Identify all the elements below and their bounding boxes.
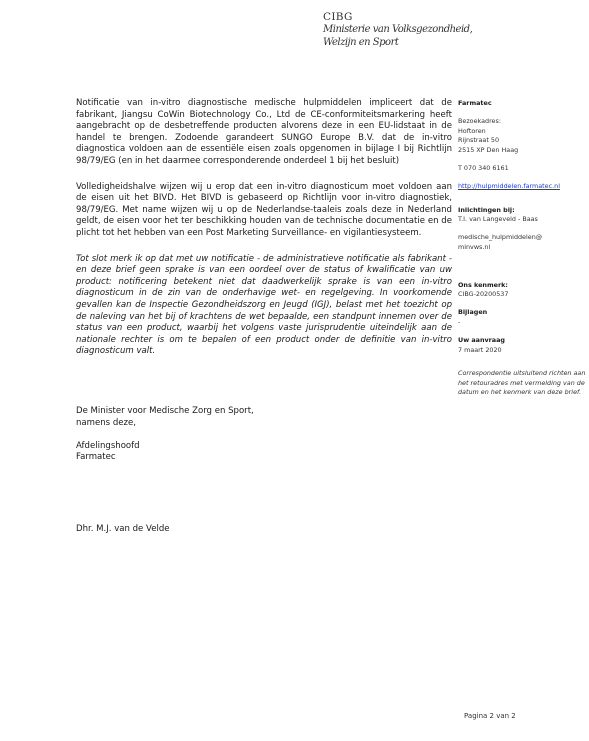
phone-number: T 070 340 6161 (458, 164, 588, 174)
sidebar: Farmatec Bezoekadres: Hoftoren Rijnstraa… (458, 99, 588, 398)
paragraph-requirements: Volledigheidshalve wijzen wij u erop dat… (76, 182, 452, 240)
sidebar-dept: Farmatec (458, 99, 588, 109)
reference-value: CIBG-20200537 (458, 290, 588, 300)
ministry-name-line1: Ministerie van Volksgezondheid, (323, 24, 472, 37)
correspondence-note: Correspondentie uitsluitend richten aan … (458, 369, 588, 398)
closing-block: De Minister voor Medische Zorg en Sport,… (76, 406, 254, 464)
ministry-name-line2: Welzijn en Sport (323, 37, 472, 50)
attachments-label: Bijlagen (458, 308, 588, 318)
address-line-2: Rijnstraat 50 (458, 136, 588, 146)
paragraph-disclaimer: Tot slot merk ik op dat met uw notificat… (76, 254, 452, 358)
closing-on-behalf: namens deze, (76, 418, 254, 430)
attachments-value: - (458, 318, 588, 328)
org-name: CIBG (323, 11, 472, 24)
website-link[interactable]: http://hulpmiddelen.farmatec.nl (458, 182, 560, 190)
contact-label: Inlichtingen bij: (458, 206, 588, 216)
closing-minister: De Minister voor Medische Zorg en Sport, (76, 406, 254, 418)
signer-name: Dhr. M.J. van de Velde (76, 524, 170, 536)
page-number: Pagina 2 van 2 (464, 712, 516, 720)
request-label: Uw aanvraag (458, 336, 588, 346)
address-label: Bezoekadres: (458, 117, 588, 127)
letter-body: Notificatie van in-vitro diagnostische m… (76, 98, 452, 372)
closing-dept: Farmatec (76, 452, 254, 464)
ministry-logo: CIBG Ministerie van Volksgezondheid, Wel… (323, 11, 472, 49)
request-date: 7 maart 2020 (458, 346, 588, 356)
reference-label: Ons kenmerk: (458, 281, 588, 291)
contact-name: T.I. van Langeveld - Baas (458, 215, 588, 225)
contact-email-2: minvws.nl (458, 243, 588, 253)
address-line-1: Hoftoren (458, 127, 588, 137)
address-line-3: 2515 XP Den Haag (458, 146, 588, 156)
closing-title: Afdelingshoofd (76, 441, 254, 453)
contact-email-1: medische_hulpmiddelen@ (458, 233, 588, 243)
paragraph-notification: Notificatie van in-vitro diagnostische m… (76, 98, 452, 168)
